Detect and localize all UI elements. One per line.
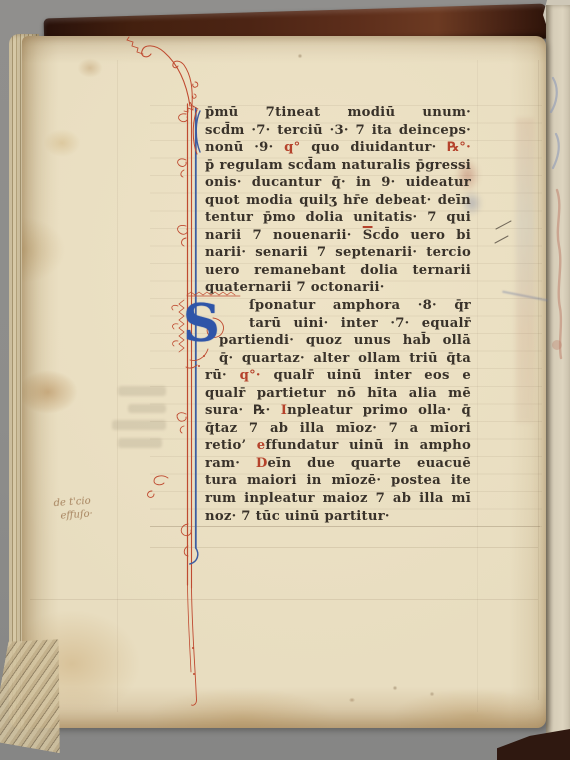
text-segment: D xyxy=(256,456,268,471)
manuscript-text-line: ram· Deīn due quarte euacuē xyxy=(205,455,471,473)
text-segment: quo diuidantur· xyxy=(311,140,447,155)
manuscript-photo: p̄mū 7tineat modiū unum·scd̄m ·7· terciū… xyxy=(0,0,570,760)
facing-page-edge xyxy=(546,5,570,753)
text-segment: S xyxy=(363,228,373,243)
manuscript-text-line: scd̄m ·7· terciū ·3· 7 ita deinceps· xyxy=(205,122,471,140)
text-segment: tentur p̄mo dolia unitatis· 7 qui xyxy=(205,210,471,225)
manuscript-text-line: p̄mū 7tineat modiū unum· xyxy=(205,104,471,122)
manuscript-text-line: qualr̄ partietur nō hīta alia mē xyxy=(205,385,471,403)
text-segment: nonū ·9· xyxy=(205,140,284,155)
text-segment: ſponatur amphora ·8· q̄r xyxy=(249,298,471,313)
text-segment: ℞°· xyxy=(447,140,471,155)
verso-show-through-text xyxy=(108,380,170,458)
text-segment: retio’ xyxy=(205,438,257,453)
text-segment: tarū uini· inter ·7· equalr̄ xyxy=(249,316,471,331)
text-segment: sura· ℞· xyxy=(205,403,281,418)
ruling-line-extended xyxy=(150,526,540,527)
manuscript-text-line: quot modia quilʒ hr̄e debeat· deīn xyxy=(205,192,471,210)
text-segment: p̄mū 7tineat modiū unum· xyxy=(205,105,471,120)
parchment-crease xyxy=(30,599,538,600)
text-segment: scd̄m ·7· terciū ·3· 7 ita deinceps· xyxy=(205,123,471,138)
text-segment: q̄· quartaz· alter ollam triū q̄ta xyxy=(219,351,471,366)
text-segment: onis· ducantur q̄· in 9· uideatur xyxy=(205,175,471,190)
text-segment: narii· senarii 7 septenarii· tercio xyxy=(205,245,471,260)
text-segment: q̄taz 7 ab illa mīoz· 7 a mīori xyxy=(205,421,471,436)
ruling-line-extended-2 xyxy=(150,547,538,548)
text-segment: cd̄o uero bi xyxy=(373,228,472,243)
manuscript-text-line: partiendi· quoz unus hab̄ ollā xyxy=(219,332,471,350)
manuscript-text-line: onis· ducantur q̄· in 9· uideatur xyxy=(205,174,471,192)
manuscript-text-line: tentur p̄mo dolia unitatis· 7 qui xyxy=(205,209,471,227)
manuscript-text-line: rū· q°· qualr̄ uinū inter eos e xyxy=(205,367,471,385)
text-segment: q°· xyxy=(240,368,274,383)
text-segment: partiendi· quoz unus hab̄ ollā xyxy=(219,333,471,348)
manuscript-text-line: retio’ effundatur uinū in ampho xyxy=(205,437,471,455)
text-segment: tura maiori in mīozē· postea ite xyxy=(205,473,471,488)
text-segment: noz· 7 tūc uinū partitur· xyxy=(205,509,390,524)
text-segment: uero remanebant dolia ternarii xyxy=(205,263,471,278)
text-block: p̄mū 7tineat modiū unum·scd̄m ·7· terciū… xyxy=(205,104,471,525)
manuscript-text-line: narii 7 nouenarii· Scd̄o uero bi xyxy=(205,227,471,245)
manuscript-text-line: sura· ℞· Inpleatur primo olla· q̄ xyxy=(205,402,471,420)
manuscript-text-line: nonū ·9· q° quo diuidantur· ℞°· xyxy=(205,139,471,157)
show-through-column xyxy=(516,118,534,423)
drop-cap-initial: S xyxy=(183,297,241,353)
manuscript-text-line: uero remanebant dolia ternarii xyxy=(205,262,471,280)
margin-ruling-outer xyxy=(538,60,539,700)
text-segment: p̄ regulam scd̄am naturalis p̄gressi xyxy=(205,158,471,173)
manuscript-text-line: q̄· quartaz· alter ollam triū q̄ta xyxy=(219,350,471,368)
text-segment: ffundatur uinū in ampho xyxy=(265,438,471,453)
manuscript-text-line: p̄ regulam scd̄am naturalis p̄gressi xyxy=(205,157,471,175)
text-segment: rum inpleatur maioz 7 ab illa mī xyxy=(205,491,471,506)
text-segment: eīn due quarte euacuē xyxy=(268,456,471,471)
text-segment: qualr̄ uinū inter eos e xyxy=(274,368,472,383)
text-segment: quot modia quilʒ hr̄e debeat· deīn xyxy=(205,193,471,208)
manuscript-text-line: quaternarii 7 octonarii· xyxy=(205,279,471,297)
manuscript-text-line: noz· 7 tūc uinū partitur· xyxy=(205,508,471,526)
text-segment: quaternarii 7 octonarii· xyxy=(205,280,385,295)
manuscript-text-line: ſponatur amphora ·8· q̄r xyxy=(249,297,471,315)
text-segment: rū· xyxy=(205,368,240,383)
manuscript-text-line: tarū uini· inter ·7· equalr̄ xyxy=(249,315,471,333)
manuscript-text-line: tura maiori in mīozē· postea ite xyxy=(205,472,471,490)
text-segment: q° xyxy=(284,140,311,155)
text-segment: npleatur primo olla· q̄ xyxy=(287,403,471,418)
manuscript-text-line: narii· senarii 7 septenarii· tercio xyxy=(205,244,471,262)
text-segment: ram· xyxy=(205,456,256,471)
manuscript-text-line: q̄taz 7 ab illa mīoz· 7 a mīori xyxy=(205,420,471,438)
text-segment: qualr̄ partietur nō hīta alia mē xyxy=(205,386,471,401)
text-segment: narii 7 nouenarii· xyxy=(205,228,363,243)
manuscript-text-line: rum inpleatur maioz 7 ab illa mī xyxy=(205,490,471,508)
